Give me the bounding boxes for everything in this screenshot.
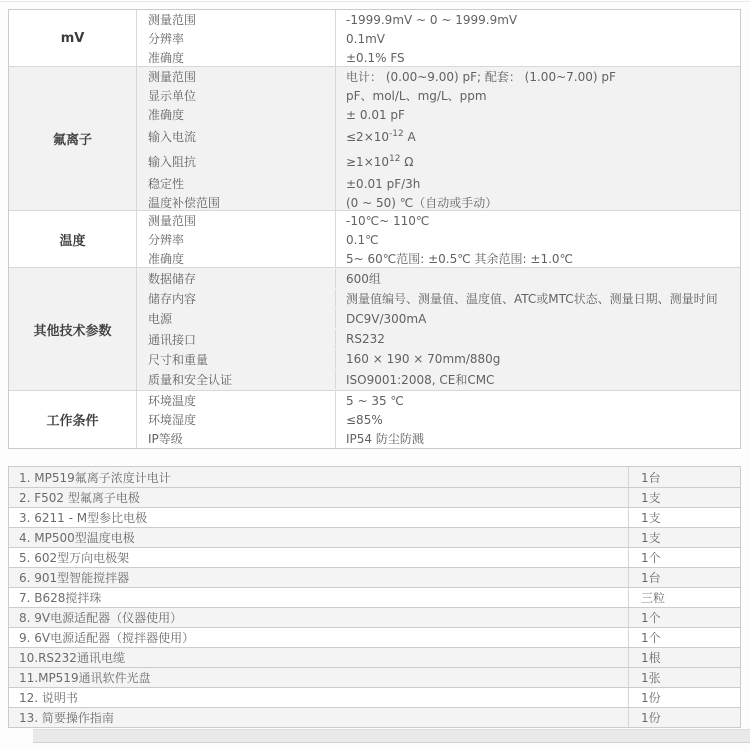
param-value-text: 5~ 60℃范围: ±0.5℃ 其余范围: ±1.0℃ [346, 252, 573, 266]
param-label: 准确度 [137, 249, 336, 268]
param-value-text: ± 0.01 pF [346, 108, 405, 122]
param-value: 600组 [336, 270, 740, 287]
param-value: 160 × 190 × 70mm/880g [336, 352, 740, 366]
param-value: ±0.01 pF/3h [336, 177, 740, 191]
param-value: 0.1℃ [336, 233, 740, 247]
param-label: 准确度 [137, 48, 336, 67]
bottom-gray-bar [33, 729, 750, 743]
qty-cell: 1支 [628, 488, 740, 507]
packing-row: 3. 6211 - M型参比电极1支 [9, 507, 740, 527]
param-value: ≤2×10-12 A [336, 130, 740, 144]
packing-row: 5. 602型万向电极架1个 [9, 547, 740, 567]
param-row: 电源DC9V/300mA [137, 309, 740, 328]
param-row: 数据储存600组 [137, 269, 740, 288]
spec-section: mV测量范围-1999.9mV ~ 0 ~ 1999.9mV分辨率0.1mV准确… [9, 10, 740, 67]
qty-cell: 1张 [628, 668, 740, 687]
param-row: 测量范围电计： (0.00~9.00) pF; 配套： (1.00~7.00) … [137, 67, 740, 86]
section-name: 氟离子 [9, 67, 137, 210]
section-rows: 测量范围-1999.9mV ~ 0 ~ 1999.9mV分辨率0.1mV准确度±… [137, 10, 740, 66]
param-value: 测量值编号、测量值、温度值、ATC或MTC状态、测量日期、测量时间 [336, 290, 740, 307]
param-value: -1999.9mV ~ 0 ~ 1999.9mV [336, 13, 740, 27]
param-value: 0.1mV [336, 32, 740, 46]
param-label: 测量范围 [137, 67, 336, 86]
packing-row: 1. MP519氟离子浓度计电计1台 [9, 467, 740, 487]
spec-section: 温度测量范围-10℃~ 110℃分辨率0.1℃准确度5~ 60℃范围: ±0.5… [9, 211, 740, 268]
param-row: 质量和安全认证ISO9001:2008, CE和CMC [137, 370, 740, 389]
param-value: pF、mol/L、mg/L、ppm [336, 87, 740, 104]
item-cell: 4. MP500型温度电极 [9, 529, 628, 546]
item-cell: 1. MP519氟离子浓度计电计 [9, 469, 628, 486]
item-cell: 6. 901型智能搅拌器 [9, 569, 628, 586]
param-value-unit: Ω [400, 155, 413, 169]
param-label: 输入阻抗 [137, 149, 336, 174]
section-rows: 测量范围电计： (0.00~9.00) pF; 配套： (1.00~7.00) … [137, 67, 740, 210]
param-label: 分辨率 [137, 29, 336, 48]
param-label: 电源 [137, 309, 336, 328]
param-row: 稳定性±0.01 pF/3h [137, 174, 740, 193]
param-value-text: ISO9001:2008, CE和CMC [346, 373, 494, 387]
param-value-text: ≥1×10 [346, 155, 389, 169]
packing-row: 8. 9V电源适配器（仪器使用）1个 [9, 607, 740, 627]
param-value-superscript: -12 [389, 129, 404, 139]
param-label: 尺寸和重量 [137, 350, 336, 369]
param-row: IP等级IP54 防尘防溅 [137, 429, 740, 448]
param-row: 测量范围-1999.9mV ~ 0 ~ 1999.9mV [137, 10, 740, 29]
section-name: 工作条件 [9, 391, 137, 448]
packing-row: 10.RS232通讯电缆1根 [9, 647, 740, 667]
param-row: 环境湿度≤85% [137, 410, 740, 429]
param-row: 通讯接口RS232 [137, 330, 740, 349]
param-label: 环境温度 [137, 391, 336, 410]
packing-row: 9. 6V电源适配器（搅拌器使用）1个 [9, 627, 740, 647]
qty-cell: 1个 [628, 548, 740, 567]
param-label: 环境湿度 [137, 410, 336, 429]
param-value-text: (0 ~ 50) ℃（自动或手动） [346, 196, 497, 210]
param-value: ± 0.01 pF [336, 108, 740, 122]
spec-section: 氟离子测量范围电计： (0.00~9.00) pF; 配套： (1.00~7.0… [9, 67, 740, 211]
param-value: IP54 防尘防溅 [336, 430, 740, 447]
param-value-text: 160 × 190 × 70mm/880g [346, 352, 500, 366]
param-value-text: 0.1mV [346, 32, 385, 46]
param-label: 数据储存 [137, 269, 336, 288]
spec-page: mV测量范围-1999.9mV ~ 0 ~ 1999.9mV分辨率0.1mV准确… [0, 0, 750, 750]
param-row: 准确度5~ 60℃范围: ±0.5℃ 其余范围: ±1.0℃ [137, 249, 740, 268]
param-row: 储存内容测量值编号、测量值、温度值、ATC或MTC状态、测量日期、测量时间 [137, 289, 740, 308]
param-label: 储存内容 [137, 289, 336, 308]
param-value-text: 0.1℃ [346, 233, 379, 247]
param-label: 测量范围 [137, 10, 336, 29]
spec-table: mV测量范围-1999.9mV ~ 0 ~ 1999.9mV分辨率0.1mV准确… [8, 9, 741, 449]
section-name: 温度 [9, 211, 137, 267]
param-row: 显示单位pF、mol/L、mg/L、ppm [137, 86, 740, 105]
param-value: ≤85% [336, 413, 740, 427]
param-value-unit: A [404, 130, 416, 144]
param-label: 通讯接口 [137, 330, 336, 349]
packing-row: 7. B628搅拌珠三粒 [9, 587, 740, 607]
param-value-text: RS232 [346, 332, 385, 346]
section-rows: 数据储存600组储存内容测量值编号、测量值、温度值、ATC或MTC状态、测量日期… [137, 268, 740, 390]
spec-section: 其他技术参数数据储存600组储存内容测量值编号、测量值、温度值、ATC或MTC状… [9, 268, 740, 391]
param-value-text: pF、mol/L、mg/L、ppm [346, 89, 487, 103]
param-value: DC9V/300mA [336, 312, 740, 326]
packing-row: 11.MP519通讯软件光盘1张 [9, 667, 740, 687]
param-value-text: ≤2×10 [346, 130, 389, 144]
param-value-text: 电计： (0.00~9.00) pF; 配套： (1.00~7.00) pF [346, 70, 616, 84]
item-cell: 8. 9V电源适配器（仪器使用） [9, 609, 628, 626]
qty-cell: 1支 [628, 508, 740, 527]
param-row: 尺寸和重量160 × 190 × 70mm/880g [137, 350, 740, 369]
param-value: ISO9001:2008, CE和CMC [336, 371, 740, 388]
item-cell: 9. 6V电源适配器（搅拌器使用） [9, 629, 628, 646]
param-value: (0 ~ 50) ℃（自动或手动） [336, 194, 740, 211]
qty-cell: 1台 [628, 467, 740, 487]
param-row: 准确度±0.1% FS [137, 48, 740, 67]
param-row: 温度补偿范围(0 ~ 50) ℃（自动或手动） [137, 193, 740, 212]
qty-cell: 1份 [628, 688, 740, 707]
param-row: 分辨率0.1mV [137, 29, 740, 48]
qty-cell: 1个 [628, 608, 740, 627]
section-rows: 环境温度5 ~ 35 ℃环境湿度≤85%IP等级IP54 防尘防溅 [137, 391, 740, 448]
param-value-text: 5 ~ 35 ℃ [346, 394, 404, 408]
param-label: 稳定性 [137, 174, 336, 193]
item-cell: 3. 6211 - M型参比电极 [9, 509, 628, 526]
packing-row: 4. MP500型温度电极1支 [9, 527, 740, 547]
item-cell: 10.RS232通讯电缆 [9, 649, 628, 666]
item-cell: 5. 602型万向电极架 [9, 549, 628, 566]
item-cell: 13. 简要操作指南 [9, 709, 628, 726]
param-row: 环境温度5 ~ 35 ℃ [137, 391, 740, 410]
param-value: ≥1×1012 Ω [336, 155, 740, 169]
packing-list-table: 1. MP519氟离子浓度计电计1台2. F502 型氟离子电极1支3. 621… [8, 466, 741, 728]
packing-row: 6. 901型智能搅拌器1台 [9, 567, 740, 587]
item-cell: 12. 说明书 [9, 689, 628, 706]
qty-cell: 1根 [628, 648, 740, 667]
qty-cell: 1个 [628, 628, 740, 647]
item-cell: 7. B628搅拌珠 [9, 589, 628, 606]
qty-cell: 1份 [628, 708, 740, 727]
packing-row: 12. 说明书1份 [9, 687, 740, 707]
param-value-text: ±0.01 pF/3h [346, 177, 420, 191]
param-value: -10℃~ 110℃ [336, 214, 740, 228]
param-row: 准确度± 0.01 pF [137, 105, 740, 124]
param-value-text: ≤85% [346, 413, 383, 427]
param-value-text: ±0.1% FS [346, 51, 405, 65]
param-value: 电计： (0.00~9.00) pF; 配套： (1.00~7.00) pF [336, 68, 740, 85]
param-label: 输入电流 [137, 124, 336, 149]
param-row: 输入电流≤2×10-12 A [137, 124, 740, 149]
param-value: 5 ~ 35 ℃ [336, 394, 740, 408]
param-label: IP等级 [137, 429, 336, 448]
param-value-text: 600组 [346, 272, 381, 286]
param-row: 分辨率0.1℃ [137, 230, 740, 249]
param-label: 温度补偿范围 [137, 193, 336, 212]
param-value-text: IP54 防尘防溅 [346, 432, 424, 446]
param-value-text: 测量值编号、测量值、温度值、ATC或MTC状态、测量日期、测量时间 [346, 292, 718, 306]
spec-section: 工作条件环境温度5 ~ 35 ℃环境湿度≤85%IP等级IP54 防尘防溅 [9, 391, 740, 448]
qty-cell: 1支 [628, 528, 740, 547]
param-value-text: -10℃~ 110℃ [346, 214, 429, 228]
param-value: ±0.1% FS [336, 51, 740, 65]
param-row: 输入阻抗≥1×1012 Ω [137, 149, 740, 174]
param-label: 分辨率 [137, 230, 336, 249]
item-cell: 11.MP519通讯软件光盘 [9, 669, 628, 686]
qty-cell: 1台 [628, 568, 740, 587]
param-value-superscript: 12 [389, 154, 400, 164]
section-name: mV [9, 10, 137, 66]
param-value: RS232 [336, 332, 740, 346]
packing-row: 2. F502 型氟离子电极1支 [9, 487, 740, 507]
item-cell: 2. F502 型氟离子电极 [9, 489, 628, 506]
param-label: 质量和安全认证 [137, 370, 336, 389]
param-value: 5~ 60℃范围: ±0.5℃ 其余范围: ±1.0℃ [336, 250, 740, 267]
param-value-text: DC9V/300mA [346, 312, 426, 326]
qty-cell: 三粒 [628, 588, 740, 607]
param-label: 显示单位 [137, 86, 336, 105]
packing-row: 13. 简要操作指南1份 [9, 707, 740, 727]
param-label: 测量范围 [137, 211, 336, 230]
param-row: 测量范围-10℃~ 110℃ [137, 211, 740, 230]
param-label: 准确度 [137, 105, 336, 124]
section-name: 其他技术参数 [9, 268, 137, 390]
param-value-text: -1999.9mV ~ 0 ~ 1999.9mV [346, 13, 517, 27]
section-rows: 测量范围-10℃~ 110℃分辨率0.1℃准确度5~ 60℃范围: ±0.5℃ … [137, 211, 740, 267]
top-divider [0, 1, 750, 2]
